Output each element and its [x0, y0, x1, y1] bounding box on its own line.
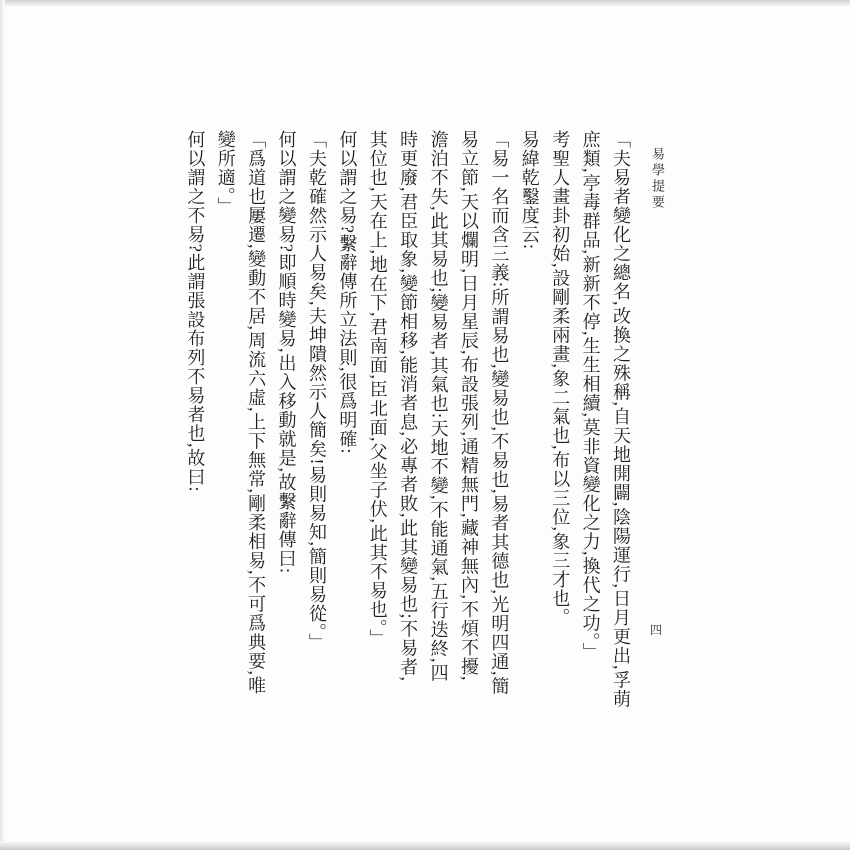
- text-column: 何以謂之變易?即順時變易,出入移動就是,故繫辭傳曰:: [271, 130, 301, 780]
- scanned-book-page: 易學提要 四 「夫易者變化之總名,改換之殊稱,自天地開闢,陰陽運行,日月更出,孚…: [0, 0, 850, 850]
- text-column: 易立節,天以爛明,日月星辰,布設張列,通精無門,藏神無內,不煩不擾,: [454, 130, 484, 780]
- page-number: 四: [650, 621, 662, 638]
- scan-artifact-bottom: [0, 841, 850, 850]
- text-column: 時更廢,君臣取象,變節相移,能消者息,必專者敗,此其變易也;不易者,: [393, 130, 423, 780]
- text-column: 庶類,亭毒群品,新新不停,生生相續,莫非資變化之力,換代之功。」: [575, 130, 605, 780]
- text-columns: 「夫易者變化之總名,改換之殊稱,自天地開闢,陰陽運行,日月更出,孚萌庶類,亭毒群…: [180, 130, 636, 780]
- text-column: 「爲道也屢遷,變動不居,周流六虛,上下無常,剛柔相易,不可爲典要,唯: [241, 130, 271, 780]
- scan-artifact-top: [0, 0, 850, 7]
- text-column: 「夫乾確然示人易矣,夫坤隤然示人簡矣!易則易知,簡則易從。」: [302, 130, 332, 780]
- scan-artifact-left: [0, 0, 5, 850]
- book-title: 易學提要: [648, 147, 667, 211]
- text-column: 澹泊不失,此其易也;變易者,其氣也:天地不變,不能通氣,五行迭終,四: [423, 130, 453, 780]
- text-column: 「易一名而含三義:所謂易也,變易也,不易也,易者其德也,光明四通,簡: [484, 130, 514, 780]
- text-column: 「夫易者變化之總名,改換之殊稱,自天地開闢,陰陽運行,日月更出,孚萌: [606, 130, 636, 780]
- text-column: 變所適。」: [210, 130, 240, 780]
- text-column: 考聖人畫卦初始,設剛柔兩畫,象二氣也,布以三位,象三才也。: [545, 130, 575, 780]
- text-column: 易緯乾鑿度云:: [514, 130, 544, 780]
- text-column: 何以謂之不易?此謂張設布列不易者也,故曰:: [180, 130, 210, 780]
- text-column: 何以謂之易?繫辭傳所立法則,很爲明確:: [332, 130, 362, 780]
- text-column: 其位也,天在上,地在下,君南面,臣北面,父坐子伏,此其不易也。」: [362, 130, 392, 780]
